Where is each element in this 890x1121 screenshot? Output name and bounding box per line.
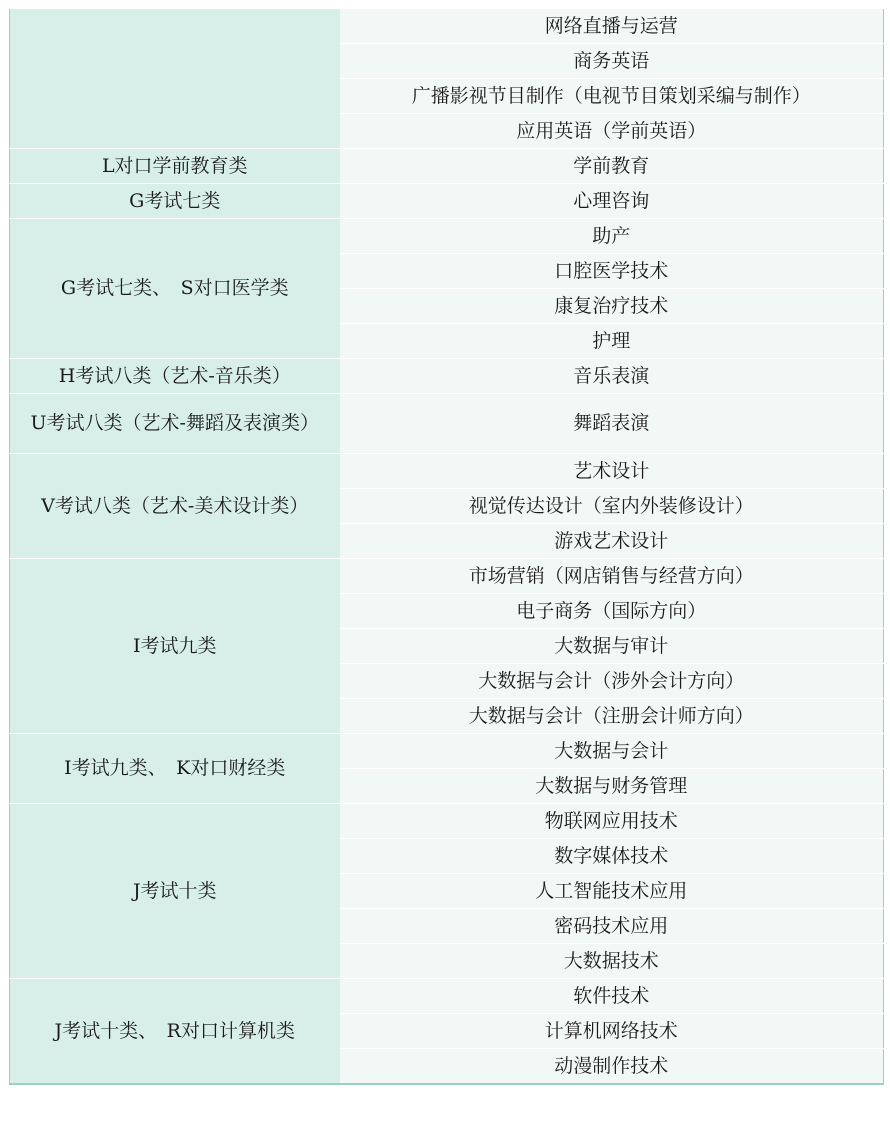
major-cell: 动漫制作技术	[340, 1049, 884, 1085]
major-cell: 心理咨询	[340, 184, 884, 219]
category-cell: G考试七类	[10, 184, 340, 219]
major-cell: 商务英语	[340, 44, 884, 79]
table-row: J考试十类、 R对口计算机类 软件技术	[10, 979, 884, 1014]
major-cell: 计算机网络技术	[340, 1014, 884, 1049]
major-cell: 艺术设计	[340, 454, 884, 489]
table-row: I考试九类 市场营销（网店销售与经营方向）	[10, 559, 884, 594]
category-cell: U考试八类（艺术-舞蹈及表演类）	[10, 394, 340, 454]
major-cell: 音乐表演	[340, 359, 884, 394]
category-cell: G考试七类、 S对口医学类	[10, 219, 340, 359]
major-cell: 网络直播与运营	[340, 9, 884, 44]
major-cell: 市场营销（网店销售与经营方向）	[340, 559, 884, 594]
major-cell: 人工智能技术应用	[340, 874, 884, 909]
major-cell: 物联网应用技术	[340, 804, 884, 839]
table-row: G考试七类、 S对口医学类 助产	[10, 219, 884, 254]
major-cell: 大数据与会计	[340, 734, 884, 769]
major-cell: 游戏艺术设计	[340, 524, 884, 559]
category-cell: V考试八类（艺术-美术设计类）	[10, 454, 340, 559]
major-cell: 口腔医学技术	[340, 254, 884, 289]
major-cell: 软件技术	[340, 979, 884, 1014]
table-row: J考试十类 物联网应用技术	[10, 804, 884, 839]
major-cell: 舞蹈表演	[340, 394, 884, 454]
major-cell: 电子商务（国际方向）	[340, 594, 884, 629]
table-row: 网络直播与运营	[10, 9, 884, 44]
table-row: V考试八类（艺术-美术设计类） 艺术设计	[10, 454, 884, 489]
major-cell: 助产	[340, 219, 884, 254]
category-cell	[10, 9, 340, 149]
table-row: G考试七类 心理咨询	[10, 184, 884, 219]
major-cell: 广播影视节目制作（电视节目策划采编与制作）	[340, 79, 884, 114]
category-cell: I考试九类	[10, 559, 340, 734]
major-cell: 密码技术应用	[340, 909, 884, 944]
major-cell: 数字媒体技术	[340, 839, 884, 874]
major-cell: 大数据与审计	[340, 629, 884, 664]
category-cell: I考试九类、 K对口财经类	[10, 734, 340, 804]
major-cell: 大数据与会计（注册会计师方向）	[340, 699, 884, 734]
major-cell: 视觉传达设计（室内外装修设计）	[340, 489, 884, 524]
major-cell: 护理	[340, 324, 884, 359]
table-row: L对口学前教育类 学前教育	[10, 149, 884, 184]
category-cell: J考试十类	[10, 804, 340, 979]
category-cell: L对口学前教育类	[10, 149, 340, 184]
table-row: H考试八类（艺术-音乐类） 音乐表演	[10, 359, 884, 394]
table-row: U考试八类（艺术-舞蹈及表演类） 舞蹈表演	[10, 394, 884, 454]
major-table: 网络直播与运营 商务英语 广播影视节目制作（电视节目策划采编与制作） 应用英语（…	[9, 9, 884, 1085]
major-cell: 大数据技术	[340, 944, 884, 979]
category-cell: J考试十类、 R对口计算机类	[10, 979, 340, 1085]
major-cell: 应用英语（学前英语）	[340, 114, 884, 149]
major-cell: 大数据与会计（涉外会计方向）	[340, 664, 884, 699]
major-cell: 康复治疗技术	[340, 289, 884, 324]
table-row: I考试九类、 K对口财经类 大数据与会计	[10, 734, 884, 769]
major-cell: 大数据与财务管理	[340, 769, 884, 804]
major-cell: 学前教育	[340, 149, 884, 184]
category-cell: H考试八类（艺术-音乐类）	[10, 359, 340, 394]
